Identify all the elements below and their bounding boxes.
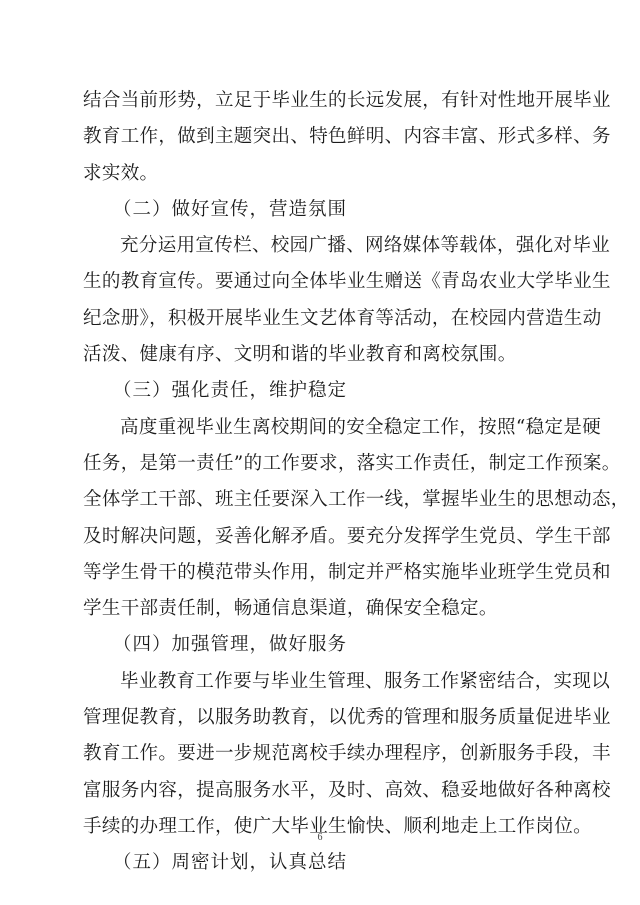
text-line: 活泼、健康有序、文明和谐的毕业教育和离校氛围。 <box>83 337 557 373</box>
text-line: 及时解决问题，妥善化解矛盾。要充分发挥学生党员、学生干部 <box>83 519 557 555</box>
text-line: 管理促教育，以服务助教育，以优秀的管理和服务质量促进毕业 <box>83 700 557 736</box>
text-line: 全体学工干部、班主任要深入工作一线，掌握毕业生的思想动态， <box>83 482 557 518</box>
text-line: 高度重视毕业生离校期间的安全稳定工作，按照“稳定是硬 <box>83 410 557 446</box>
text-line: 纪念册》，积极开展毕业生文艺体育等活动，在校园内营造生动 <box>83 301 557 337</box>
text-line: 充分运用宣传栏、校园广播、网络媒体等载体，强化对毕业 <box>83 228 557 264</box>
page-body: 结合当前形势，立足于毕业生的长远发展，有针对性地开展毕业 教育工作，做到主题突出… <box>83 83 557 882</box>
section-heading-4: （四）加强管理，做好服务 <box>83 627 557 663</box>
text-line: 富服务内容，提高服务水平，及时、高效、稳妥地做好各种离校 <box>83 773 557 809</box>
text-line: 毕业教育工作要与毕业生管理、服务工作紧密结合，实现以 <box>83 664 557 700</box>
paragraph-publicity: 充分运用宣传栏、校园广播、网络媒体等载体，强化对毕业 生的教育宣传。要通过向全体… <box>83 228 557 373</box>
section-heading-5: （五）周密计划，认真总结 <box>83 845 557 881</box>
text-line: 结合当前形势，立足于毕业生的长远发展，有针对性地开展毕业 <box>83 83 557 119</box>
text-line: 教育工作。要进一步规范离校手续办理程序，创新服务手段，丰 <box>83 736 557 772</box>
page-number: 6 <box>0 832 640 843</box>
text-line: 求实效。 <box>83 156 557 192</box>
paragraph-continuation: 结合当前形势，立足于毕业生的长远发展，有针对性地开展毕业 教育工作，做到主题突出… <box>83 83 557 192</box>
text-line: 生的教育宣传。要通过向全体毕业生赠送《青岛农业大学毕业生 <box>83 264 557 300</box>
section-heading-3: （三）强化责任，维护稳定 <box>83 373 557 409</box>
text-line: 教育工作，做到主题突出、特色鲜明、内容丰富、形式多样、务 <box>83 119 557 155</box>
paragraph-stability: 高度重视毕业生离校期间的安全稳定工作，按照“稳定是硬 任务，是第一责任”的工作要… <box>83 410 557 628</box>
text-line: 等学生骨干的模范带头作用，制定并严格实施毕业班学生党员和 <box>83 555 557 591</box>
document-page: 结合当前形势，立足于毕业生的长远发展，有针对性地开展毕业 教育工作，做到主题突出… <box>0 0 640 905</box>
text-line: 学生干部责任制，畅通信息渠道，确保安全稳定。 <box>83 591 557 627</box>
section-heading-2: （二）做好宣传，营造氛围 <box>83 192 557 228</box>
paragraph-management: 毕业教育工作要与毕业生管理、服务工作紧密结合，实现以 管理促教育，以服务助教育，… <box>83 664 557 845</box>
text-line: 任务，是第一责任”的工作要求，落实工作责任，制定工作预案。 <box>83 446 557 482</box>
